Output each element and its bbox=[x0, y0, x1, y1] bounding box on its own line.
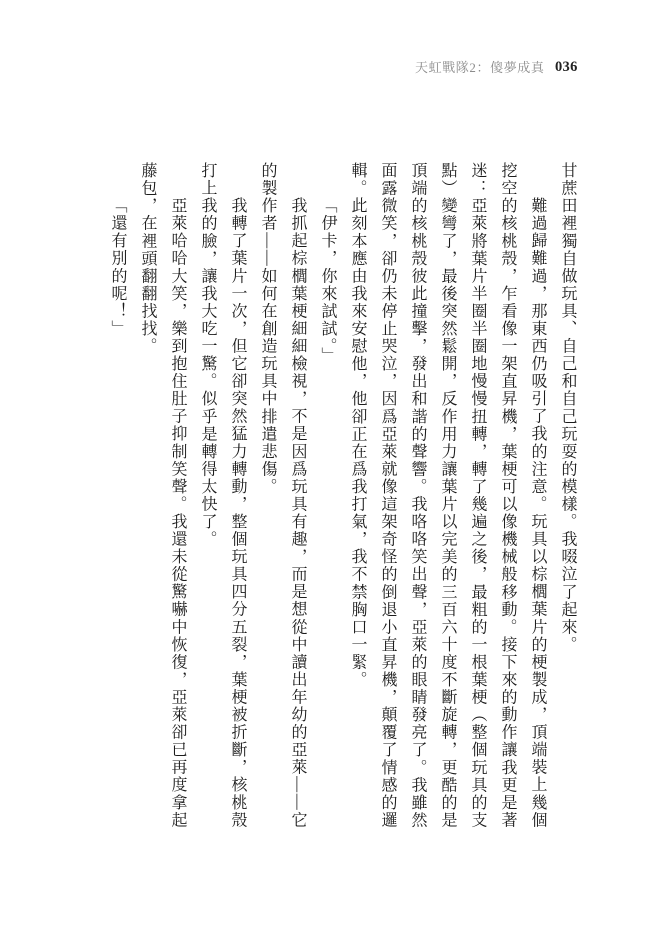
text-column: 藤包，在裡頭翻翻找找。 bbox=[132, 162, 162, 852]
dialogue-column: 「還有別的呢！」 bbox=[102, 162, 132, 887]
text-column: 點）變彎了，最後突然鬆開，反作用力讓葉片以完美的三百六十度不斷旋轉，更酷的是 bbox=[432, 162, 462, 852]
book-title: 天虹戰隊2：傻夢成真 bbox=[415, 60, 545, 76]
book-page: 天虹戰隊2：傻夢成真 036 甘蔗田裡獨自做玩具、自己和自己玩耍的模樣。我啜泣了… bbox=[0, 0, 663, 932]
text-column: 輯。此刻本應由我來安慰他，他卻正在爲我打氣，我不禁胸口一緊。 bbox=[342, 162, 372, 852]
page-number: 036 bbox=[555, 59, 578, 76]
running-header: 天虹戰隊2：傻夢成真 036 bbox=[0, 60, 663, 78]
text-column: 甘蔗田裡獨自做玩具、自己和自己玩耍的模樣。我啜泣了起來。 bbox=[552, 162, 582, 852]
text-column: 我轉了葉片一次，但它卻突然猛力轉動，整個玩具四分五裂，葉梗被折斷，核桃殼 bbox=[222, 162, 252, 887]
text-column: 面露微笑，卻仍未停止哭泣，因爲亞萊就像這架奇怪的倒退小直昇機，顛覆了情感的邏 bbox=[372, 162, 402, 852]
text-column: 頂端的核桃殼彼此撞擊，發出和諧的聲響。我咯咯笑出聲，亞萊的眼睛發亮了。我雖然 bbox=[402, 162, 432, 852]
dialogue-column: 「伊卡，你來試試。」 bbox=[312, 162, 342, 887]
text-column: 我抓起棕櫚葉梗細細檢視，不是因爲玩具有趣，而是想從中讀出年幼的亞萊——它 bbox=[282, 162, 312, 887]
text-column: 亞萊哈哈大笑，樂到抱住肚子抑制笑聲。我還未從驚嚇中恢復，亞萊卻已再度拿起 bbox=[162, 162, 192, 887]
text-column: 挖空的核桃殼，乍看像一架直昇機，葉梗可以像機械般移動。接下來的動作讓我更是著 bbox=[492, 162, 522, 852]
text-column: 迷：亞萊將葉片半圈半圈地慢慢扭轉，轉了幾遍之後，最粗的一根葉梗（整個玩具的支 bbox=[462, 162, 492, 852]
text-column: 打上我的臉，讓我大吃一驚。似乎是轉得太快了。 bbox=[192, 162, 222, 852]
text-column: 的製作者——如何在創造玩具中排遣悲傷。 bbox=[252, 162, 282, 852]
text-column: 難過歸難過，那東西仍吸引了我的注意。玩具以棕櫚葉片的梗製成，頂端裝上幾個 bbox=[522, 162, 552, 887]
